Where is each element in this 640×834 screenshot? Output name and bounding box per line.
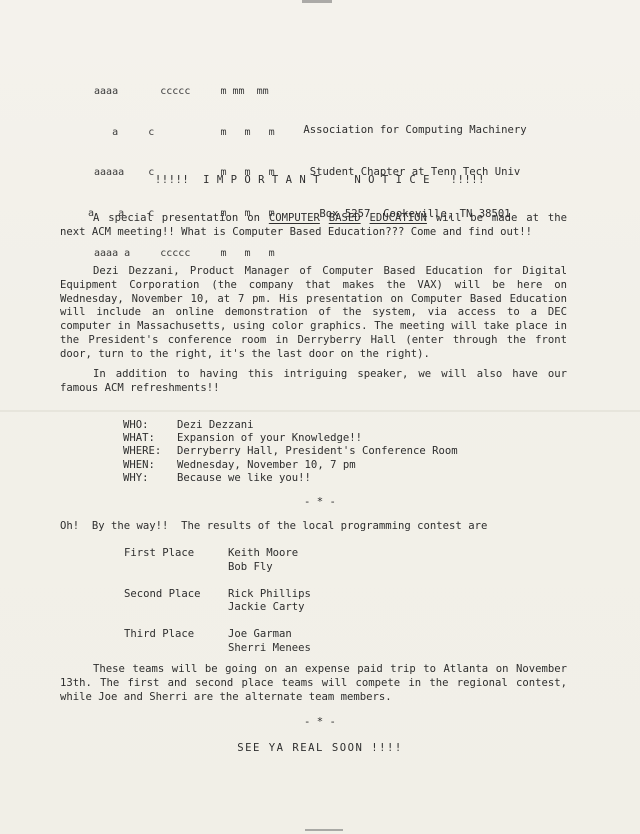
results-intro: Oh! By the way!! The results of the loca…	[60, 520, 487, 532]
team-names: Keith Moore Bob Fly	[228, 547, 298, 574]
logo-row: a c m m m	[88, 126, 275, 140]
section-separator: - * -	[0, 496, 640, 508]
place-second: Second Place Rick Phillips Jackie Carty	[124, 588, 311, 615]
paper-fold	[0, 410, 640, 412]
trip-paragraph: These teams will be going on an expense …	[60, 663, 567, 704]
team-names: Joe Garman Sherri Menees	[228, 628, 311, 655]
staple-mark-bottom	[305, 829, 343, 831]
detail-label: WHERE:	[123, 445, 177, 458]
underlined-word: COMPUTER	[269, 212, 320, 224]
place-label: Third Place	[124, 628, 228, 655]
place-third: Third Place Joe Garman Sherri Menees	[124, 628, 311, 655]
place-label: Second Place	[124, 588, 228, 615]
speaker-paragraph: Dezi Dezzani, Product Manager of Compute…	[60, 265, 567, 362]
contest-results: First Place Keith Moore Bob Fly Second P…	[124, 547, 311, 669]
detail-value: Derryberry Hall, President's Conference …	[177, 445, 458, 458]
team-names: Rick Phillips Jackie Carty	[228, 588, 311, 615]
detail-label: WHO:	[123, 419, 177, 432]
detail-value: Wednesday, November 10, 7 pm	[177, 459, 356, 472]
team-member: Jackie Carty	[228, 601, 311, 615]
refreshments-paragraph: In addition to having this intriguing sp…	[60, 368, 567, 396]
place-first: First Place Keith Moore Bob Fly	[124, 547, 311, 574]
detail-row-who: WHO:Dezi Dezzani	[123, 419, 458, 432]
paper-page: aaaa ccccc m mm mm a c m m m aaaaa c m m…	[0, 0, 640, 834]
section-separator: - * -	[0, 716, 640, 728]
detail-row-where: WHERE:Derryberry Hall, President's Confe…	[123, 445, 458, 458]
organization-name: Association for Computing Machinery	[300, 123, 530, 137]
detail-label: WHEN:	[123, 459, 177, 472]
detail-value: Expansion of your Knowledge!!	[177, 432, 362, 445]
notice-title: !!!!! I M P O R T A N T N O T I C E !!!!…	[0, 174, 640, 187]
detail-value: Dezi Dezzani	[177, 419, 254, 432]
team-member: Sherri Menees	[228, 642, 311, 656]
place-label: First Place	[124, 547, 228, 574]
staple-mark-top	[302, 0, 332, 3]
logo-row: aaaa a ccccc m m m	[88, 247, 275, 261]
speaker-text: Dezi Dezzani, Product Manager of Compute…	[60, 265, 567, 360]
team-member: Bob Fly	[228, 561, 298, 575]
detail-label: WHY:	[123, 472, 177, 485]
underlined-word: BASED	[329, 212, 361, 224]
intro-text-before: A special presentation on	[93, 212, 269, 224]
detail-value: Because we like you!!	[177, 472, 311, 485]
detail-row-why: WHY:Because we like you!!	[123, 472, 458, 485]
detail-label: WHAT:	[123, 432, 177, 445]
detail-row-when: WHEN:Wednesday, November 10, 7 pm	[123, 459, 458, 472]
team-member: Rick Phillips	[228, 588, 311, 602]
intro-paragraph: A special presentation on COMPUTER BASED…	[60, 212, 567, 240]
detail-row-what: WHAT:Expansion of your Knowledge!!	[123, 432, 458, 445]
trip-text: These teams will be going on an expense …	[60, 663, 567, 703]
acm-ascii-logo: aaaa ccccc m mm mm a c m m m aaaaa c m m…	[88, 58, 275, 288]
logo-row: aaaa ccccc m mm mm	[88, 85, 275, 99]
refreshments-text: In addition to having this intriguing sp…	[60, 368, 567, 394]
team-member: Keith Moore	[228, 547, 298, 561]
event-details: WHO:Dezi Dezzani WHAT:Expansion of your …	[123, 419, 458, 485]
underlined-word: EDUCATION	[370, 212, 427, 224]
closing-line: SEE YA REAL SOON !!!!	[0, 742, 640, 754]
team-member: Joe Garman	[228, 628, 311, 642]
